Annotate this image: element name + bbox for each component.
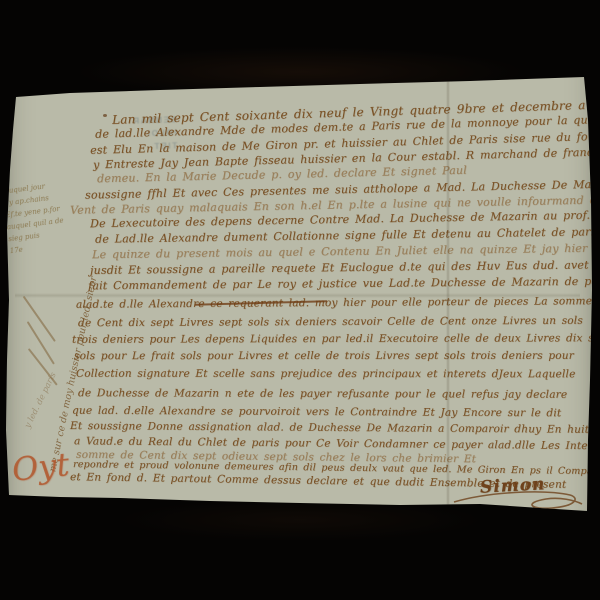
horizontal-crease <box>15 293 580 298</box>
manuscript-line: fait Commandement de par Le roy et justi… <box>88 275 600 293</box>
signature-flourish <box>448 486 588 516</box>
pen-flourish-stroke <box>27 321 55 364</box>
pen-flourish-stroke <box>23 296 56 342</box>
pen-flourish-stroke <box>28 348 58 385</box>
manuscript-line: de Duchesse de Mazarin n ete de les paye… <box>78 387 567 401</box>
parchment-document: SENNARIOLOITIET lauquel jourEy ap.chains… <box>0 0 600 600</box>
manuscript-line: sols pour Le frait sols pour Livres et c… <box>74 350 574 362</box>
manuscript-line: Et soussigne Donne assignation alad. de … <box>70 420 600 436</box>
manuscript-photo: SENNARIOLOITIET lauquel jourEy ap.chains… <box>0 0 600 600</box>
manuscript-line: que lad. d.elle Alexandre se pourvoiroit… <box>72 405 561 420</box>
margin-annotation: lauquel jourEy ap.chainsEf.te yene p.for… <box>2 179 67 257</box>
manuscript-line: de Cent dix sept Livres sept sols six de… <box>78 315 583 329</box>
manuscript-line: jusdit Et soussigne a pareille requete E… <box>90 258 600 277</box>
manuscript-line: trois deniers pour Les depens Liquides e… <box>72 332 600 346</box>
paraph-mark: Oyt <box>10 445 71 489</box>
manuscript-line: Collection signature Et scelle sans prej… <box>76 368 576 381</box>
ink-spot <box>103 114 107 117</box>
